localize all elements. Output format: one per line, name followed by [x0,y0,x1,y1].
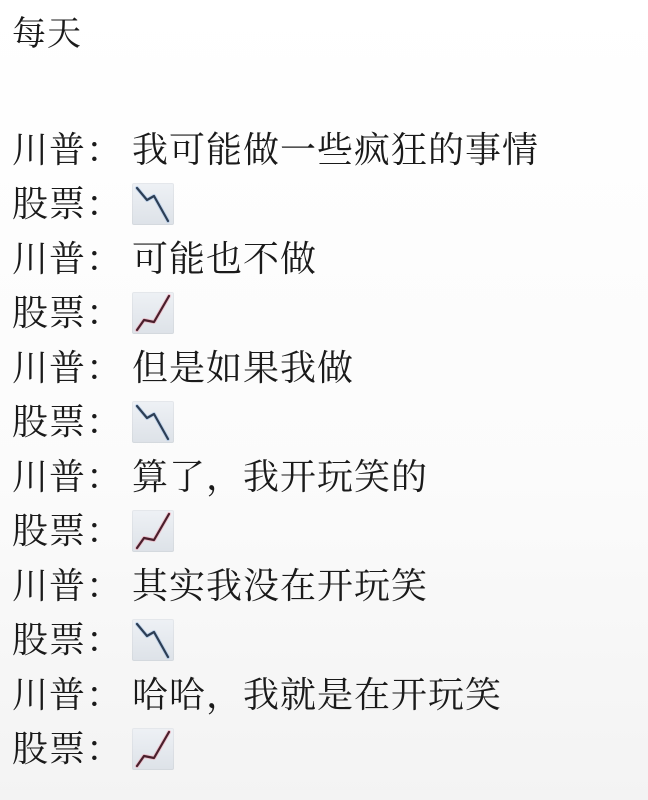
dialogue-line-stock: 股票： [12,175,539,230]
dialogue-text: 我可能做一些疯狂的事情 [132,122,539,173]
speaker-label: 川普： [12,449,132,500]
chart-decreasing-icon [132,401,174,443]
speaker-label: 川普： [12,558,132,609]
speaker-label: 股票： [12,285,132,336]
dialogue-line-trump: 川普： 算了，我开玩笑的 [12,447,539,502]
dialogue-line-trump: 川普： 其实我没在开玩笑 [12,556,539,611]
speaker-label: 川普： [12,122,132,173]
dialogue-text: 但是如果我做 [132,340,354,391]
dialogue-line-trump: 川普： 哈哈，我就是在开玩笑 [12,665,539,720]
meme-page: 每天 川普： 我可能做一些疯狂的事情 股票： 川普： 可能也不做 股票： 川普：… [0,0,648,800]
speaker-label: 股票： [12,176,132,227]
dialogue-line-stock: 股票： [12,611,539,666]
chart-decreasing-icon [132,619,174,661]
speaker-label: 川普： [12,340,132,391]
header-title: 每天 [12,14,82,54]
dialogue-text: 算了，我开玩笑的 [132,449,428,500]
dialogue-text: 其实我没在开玩笑 [132,558,428,609]
dialogue-list: 川普： 我可能做一些疯狂的事情 股票： 川普： 可能也不做 股票： 川普： 但是… [12,120,539,774]
speaker-label: 股票： [12,612,132,663]
dialogue-line-stock: 股票： [12,720,539,775]
chart-increasing-icon [132,728,174,770]
speaker-label: 股票： [12,721,132,772]
dialogue-text: 哈哈，我就是在开玩笑 [132,667,502,718]
dialogue-line-stock: 股票： [12,284,539,339]
chart-increasing-icon [132,510,174,552]
dialogue-line-stock: 股票： [12,393,539,448]
speaker-label: 川普： [12,667,132,718]
dialogue-line-stock: 股票： [12,502,539,557]
dialogue-line-trump: 川普： 可能也不做 [12,229,539,284]
chart-decreasing-icon [132,183,174,225]
dialogue-line-trump: 川普： 但是如果我做 [12,338,539,393]
speaker-label: 股票： [12,503,132,554]
speaker-label: 股票： [12,394,132,445]
dialogue-line-trump: 川普： 我可能做一些疯狂的事情 [12,120,539,175]
speaker-label: 川普： [12,231,132,282]
chart-increasing-icon [132,292,174,334]
dialogue-text: 可能也不做 [132,231,317,282]
